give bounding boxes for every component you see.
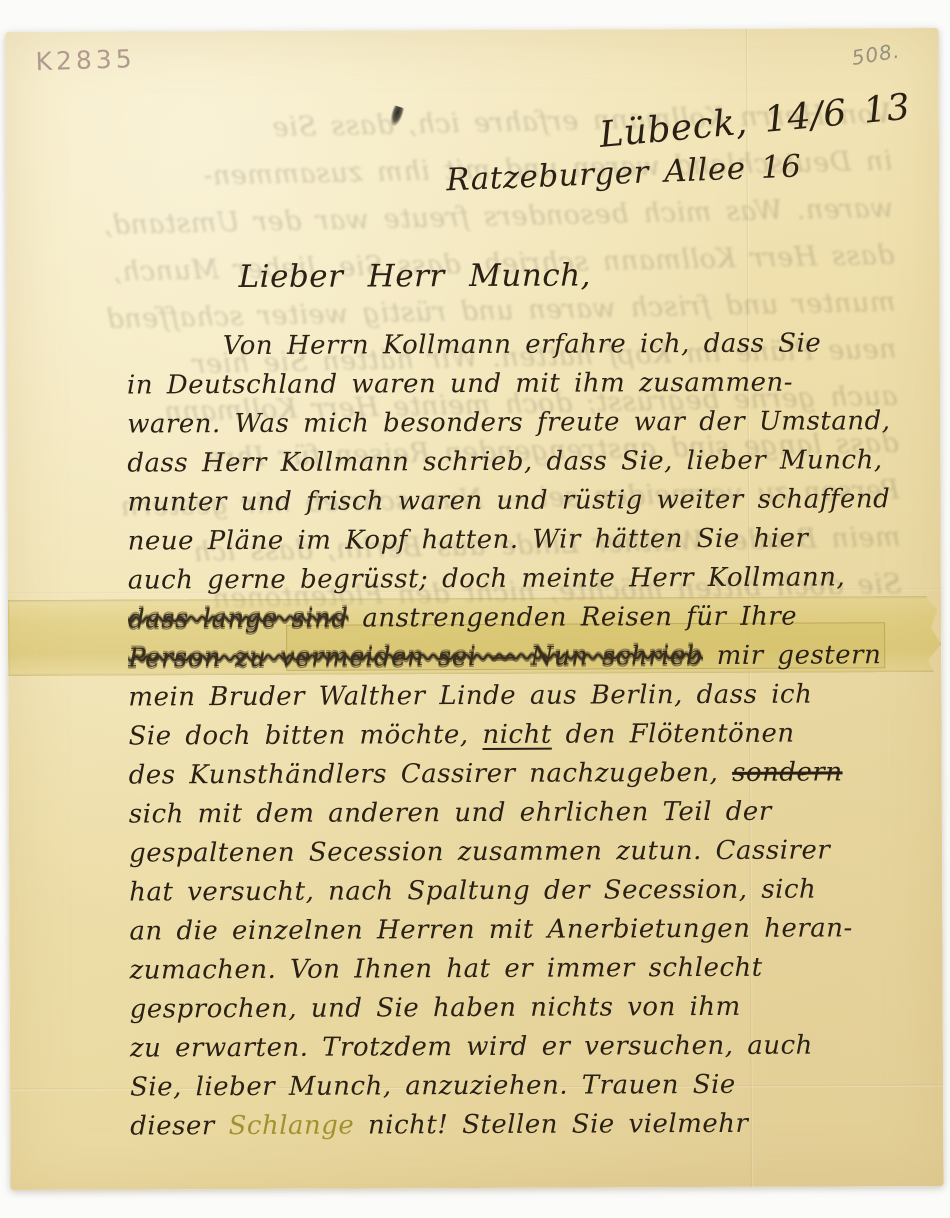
paper-sheet: Von Herrn Kollmann erfahre ich, dass Sie… — [5, 28, 943, 1190]
letter-line: gesprochen, und Sie haben nichts von ihm — [130, 987, 936, 1030]
page-number-annotation: 508. — [850, 38, 902, 69]
letter-line-segment: gesprochen, und Sie haben nichts von ihm — [130, 992, 741, 1025]
catalog-number-annotation: K2835 — [35, 44, 136, 76]
letter-line-segment: Sie, lieber Munch, anzuziehen. Trauen Si… — [130, 1070, 736, 1103]
ink-smudge — [388, 105, 405, 127]
letter-line: dieser Schlange nicht! Stellen Sie vielm… — [130, 1104, 936, 1147]
letter-line-segment: den Flötentönen — [552, 719, 795, 750]
salutation: Lieber Herr Munch, — [238, 257, 591, 295]
letter-line-segment: mir gestern — [703, 640, 881, 671]
letter-line-segment: Person zu vermeiden sei — Nun schrieb — [128, 641, 703, 674]
letter-line: auch gerne begrüsst; doch meinte Herr Ko… — [128, 558, 934, 601]
letter-line-segment: in Deutschland waren und mit ihm zusamme… — [127, 368, 793, 401]
letter-line: an die einzelnen Herren mit Anerbietunge… — [129, 909, 935, 952]
letter-line: Sie doch bitten möchte, nicht den Flöten… — [128, 714, 934, 757]
letter-line-segment: hat versucht, nach Spaltung der Secessio… — [129, 875, 816, 908]
letter-line-segment: dass Herr Kollmann schrieb, dass Sie, li… — [127, 445, 882, 478]
letter-line-segment: auch gerne begrüsst; doch meinte Herr Ko… — [128, 562, 845, 595]
letter-line: Person zu vermeiden sei — Nun schrieb mi… — [128, 636, 934, 679]
place-date-line: Lübeck, 14/6 13 — [598, 87, 912, 156]
letter-line-segment: dieser — [130, 1111, 228, 1141]
letter-line-segment: nicht! Stellen Sie vielmehr — [354, 1109, 748, 1141]
letter-line-segment: nicht — [482, 720, 551, 750]
letter-line-segment: sich mit dem anderen und ehrlichen Teil … — [129, 797, 772, 830]
letter-line: Sie, lieber Munch, anzuziehen. Trauen Si… — [130, 1065, 936, 1108]
letter-line-segment: an die einzelnen Herren mit Anerbietunge… — [129, 913, 852, 946]
letter-line: neue Pläne im Kopf hatten. Wir hätten Si… — [128, 519, 934, 562]
letter-line: zu erwarten. Trotzdem wird er versuchen,… — [130, 1026, 936, 1069]
letter-line-segment: dass lange sind — [128, 604, 349, 635]
letter-line: zumachen. Von Ihnen hat er immer schlech… — [129, 948, 935, 991]
letter-line-segment: Schlange — [228, 1111, 354, 1142]
letter-line-segment: munter und frisch waren und rüstig weite… — [127, 484, 890, 517]
letter-line: Von Herrn Kollmann erfahre ich, dass Sie — [127, 324, 933, 367]
letter-line-segment: waren. Was mich besonders freute war der… — [127, 406, 890, 439]
letter-line: in Deutschland waren und mit ihm zusamme… — [127, 363, 933, 406]
letter-line-segment: Sie doch bitten möchte, — [128, 720, 482, 752]
letter-line: mein Bruder Walther Linde aus Berlin, da… — [128, 675, 934, 718]
letter-line-segment: neue Pläne im Kopf hatten. Wir hätten Si… — [128, 524, 809, 557]
letter-line: dass Herr Kollmann schrieb, dass Sie, li… — [127, 441, 933, 484]
letter-line: sich mit dem anderen und ehrlichen Teil … — [129, 792, 935, 835]
letter-line-segment: des Kunsthändlers Cassirer nachzugeben, — [129, 758, 733, 791]
letter-line: waren. Was mich besonders freute war der… — [127, 402, 933, 445]
letter-line: hat versucht, nach Spaltung der Secessio… — [129, 870, 935, 913]
letter-line-segment: anstrengenden Reisen für Ihre — [348, 602, 797, 634]
letter-scan: Von Herrn Kollmann erfahre ich, dass Sie… — [0, 0, 950, 1218]
letter-line-segment: zumachen. Von Ihnen hat er immer schlech… — [130, 953, 763, 986]
letter-line: munter und frisch waren und rüstig weite… — [127, 480, 933, 523]
letter-line-segment: gespaltenen Secession zusammen zutun. Ca… — [129, 835, 830, 868]
letter-line: dass lange sind anstrengenden Reisen für… — [128, 597, 934, 640]
letter-line: gespaltenen Secession zusammen zutun. Ca… — [129, 831, 935, 874]
letter-body: Von Herrn Kollmann erfahre ich, dass Sie… — [127, 324, 937, 1147]
letter-line-segment: zu erwarten. Trotzdem wird er versuchen,… — [130, 1031, 813, 1064]
letter-line-segment: mein Bruder Walther Linde aus Berlin, da… — [128, 680, 812, 713]
letter-line-segment: sondern — [732, 757, 843, 787]
letter-line: des Kunsthändlers Cassirer nachzugeben, … — [129, 753, 935, 796]
letter-line-segment: Von Herrn Kollmann erfahre ich, dass Sie — [223, 328, 822, 361]
